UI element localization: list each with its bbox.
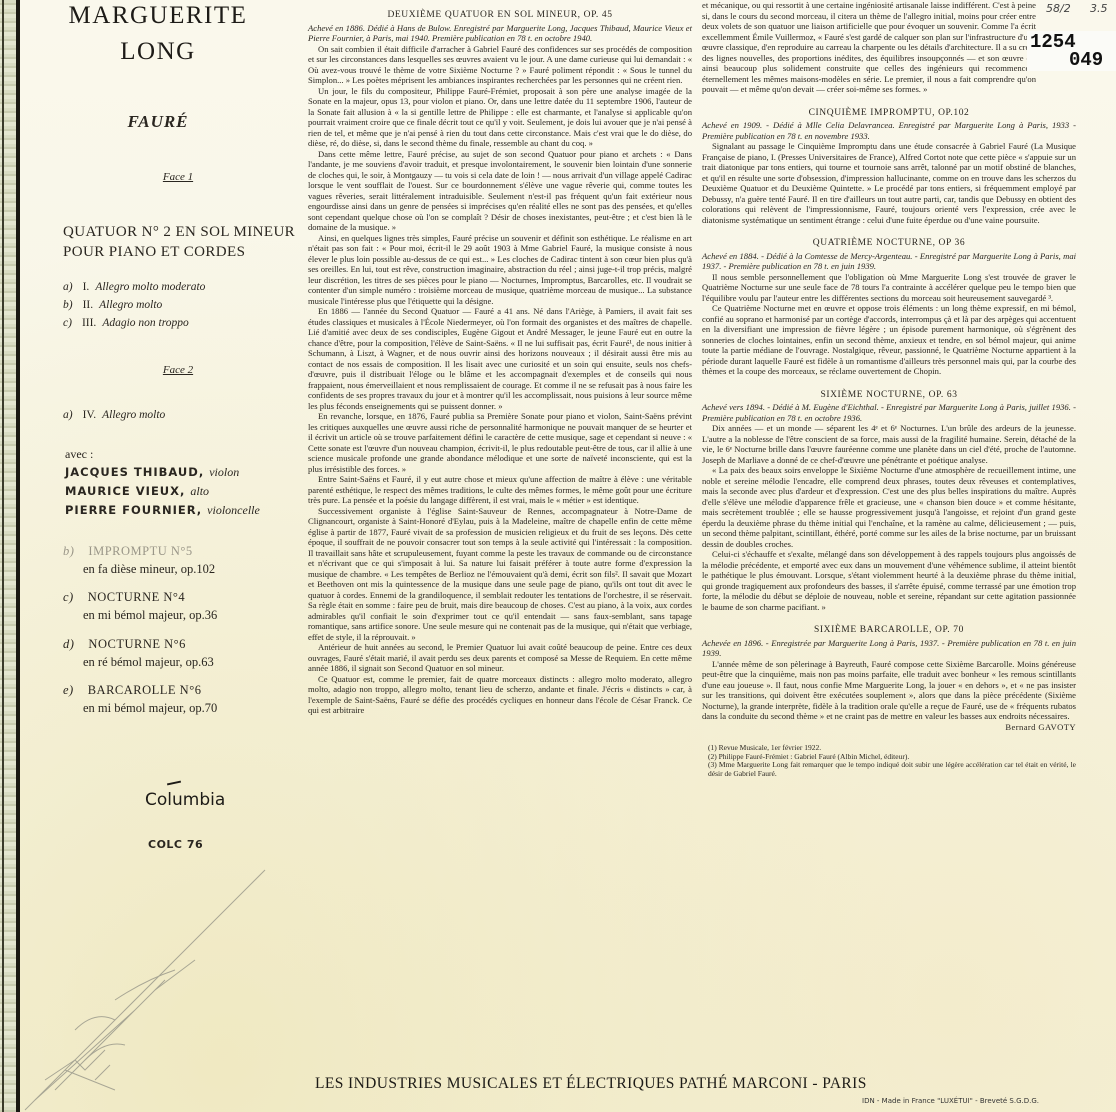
movement-item: b)II.Allegro molto	[63, 299, 162, 311]
paragraph: Antérieur de huit années au second, le P…	[308, 642, 692, 674]
section-title: DEUXIÈME QUATUOR EN SOL MINEUR, OP. 45	[308, 10, 692, 21]
section-title: SIXIÈME BARCAROLLE, OP. 70	[702, 625, 1076, 636]
piece-title: b)IMPROMPTU N°5	[63, 544, 193, 559]
section-meta: Achevée en 1896. - Enregistrée par Margu…	[702, 638, 1076, 659]
paragraph: Dans cette même lettre, Fauré précise, a…	[308, 149, 692, 233]
paragraph: Signalant au passage le Cinquième Improm…	[702, 141, 1076, 225]
paragraph: En 1886 — l'année du Second Quatuor — Fa…	[308, 306, 692, 411]
paragraph: L'année même de son pèlerinage à Bayreut…	[702, 659, 1076, 722]
columbia-logo: Columbia	[145, 790, 225, 810]
artist-name-last: LONG	[58, 38, 258, 66]
liner-notes-middle-column: DEUXIÈME QUATUOR EN SOL MINEUR, OP. 45 A…	[308, 10, 692, 716]
paragraph: Ce Quatrième Nocturne met en œuvre et op…	[702, 303, 1076, 377]
sticker-number-2: 049	[1069, 49, 1103, 71]
footnote: (3) Mme Marguerite Long fait remarquer q…	[708, 761, 1076, 778]
piece-key: en mi bémol majeur, op.70	[83, 701, 217, 716]
section-title: QUATRIÈME NOCTURNE, OP 36	[702, 238, 1076, 249]
movement-item: a)IV.Allegro molto	[63, 409, 165, 421]
artist-name-first: MARGUERITE	[58, 2, 258, 30]
price-sticker: 1254 049	[1027, 31, 1116, 71]
catalog-number: COLC 76	[148, 838, 203, 851]
section-meta: Achevé en 1884. - Dédié à la Comtesse de…	[702, 251, 1076, 272]
paragraph: Dix années — et un monde — séparent les …	[702, 423, 1076, 465]
paragraph: Ainsi, en quelques lignes très simples, …	[308, 233, 692, 307]
piece-key: en fa dièse mineur, op.102	[83, 562, 215, 577]
piece-title: c)NOCTURNE N°4	[63, 590, 185, 605]
movement-item: a)I.Allegro molto moderato	[63, 281, 205, 293]
performer: PIERRE FOURNIER, violoncelle	[65, 503, 260, 518]
paragraph: Entre Saint-Saëns et Fauré, il y eut aut…	[308, 474, 692, 506]
section-meta: Achevé en 1909. - Dédié à Mlle Celia Del…	[702, 120, 1076, 141]
paragraph: Celui-ci s'échauffe et s'exalte, mélangé…	[702, 549, 1076, 612]
paragraph: « La paix des beaux soirs enveloppe le S…	[702, 465, 1076, 549]
paragraph: et mécanique, ou qui ressortit à une cer…	[702, 0, 1076, 95]
paragraph: Successivement organiste à l'église Sain…	[308, 506, 692, 643]
section-title: CINQUIÈME IMPROMPTU, OP.102	[702, 108, 1076, 119]
performer: JACQUES THIBAUD, violon	[65, 465, 239, 480]
author-signature: Bernard GAVOTY	[702, 722, 1076, 733]
imprint-line: IDN - Made in France "LUXÉTUI" - Breveté…	[862, 1097, 1039, 1105]
paragraph: Un jour, le fils du compositeur, Philipp…	[308, 86, 692, 149]
work-title: QUATUOR N° 2 EN SOL MINEUR POUR PIANO ET…	[63, 222, 295, 262]
section-meta: Achevé vers 1894. - Dédié à M. Eugène d'…	[702, 402, 1076, 423]
piece-title: d)NOCTURNE N°6	[63, 637, 186, 652]
performer: MAURICE VIEUX, alto	[65, 484, 209, 499]
footnotes: (1) Revue Musicale, 1er février 1922. (2…	[702, 744, 1076, 778]
composer-name: FAURÉ	[58, 112, 258, 132]
paragraph: On sait combien il était difficile d'arr…	[308, 44, 692, 86]
liner-notes-right-column: et mécanique, ou qui ressortit à une cer…	[702, 0, 1076, 778]
publisher-line: LES INDUSTRIES MUSICALES ET ÉLECTRIQUES …	[315, 1075, 867, 1093]
sleeve-spine	[0, 0, 20, 1112]
movement-item: c)III.Adagio non troppo	[63, 317, 189, 329]
paragraph: Il nous semble personnellement que l'obl…	[702, 272, 1076, 304]
piece-key: en ré bémol majeur, op.63	[83, 655, 214, 670]
section-title: SIXIÈME NOCTURNE, OP. 63	[702, 390, 1076, 401]
paragraph: Ce Quatuor est, comme le premier, fait d…	[308, 674, 692, 716]
pencil-note: 58/2	[1046, 2, 1071, 15]
pencil-note: 3.5	[1090, 2, 1108, 15]
face-1-label: Face 1	[128, 171, 228, 183]
avec-label: avec :	[65, 447, 93, 462]
piece-key: en mi bémol majeur, op.36	[83, 608, 217, 623]
piece-title: e)BARCAROLLE N°6	[63, 683, 201, 698]
face-2-label: Face 2	[128, 364, 228, 376]
paragraph: En revanche, lorsque, en 1876, Fauré pub…	[308, 411, 692, 474]
section-meta: Achevé en 1886. Dédié à Hans de Bulow. E…	[308, 23, 692, 44]
